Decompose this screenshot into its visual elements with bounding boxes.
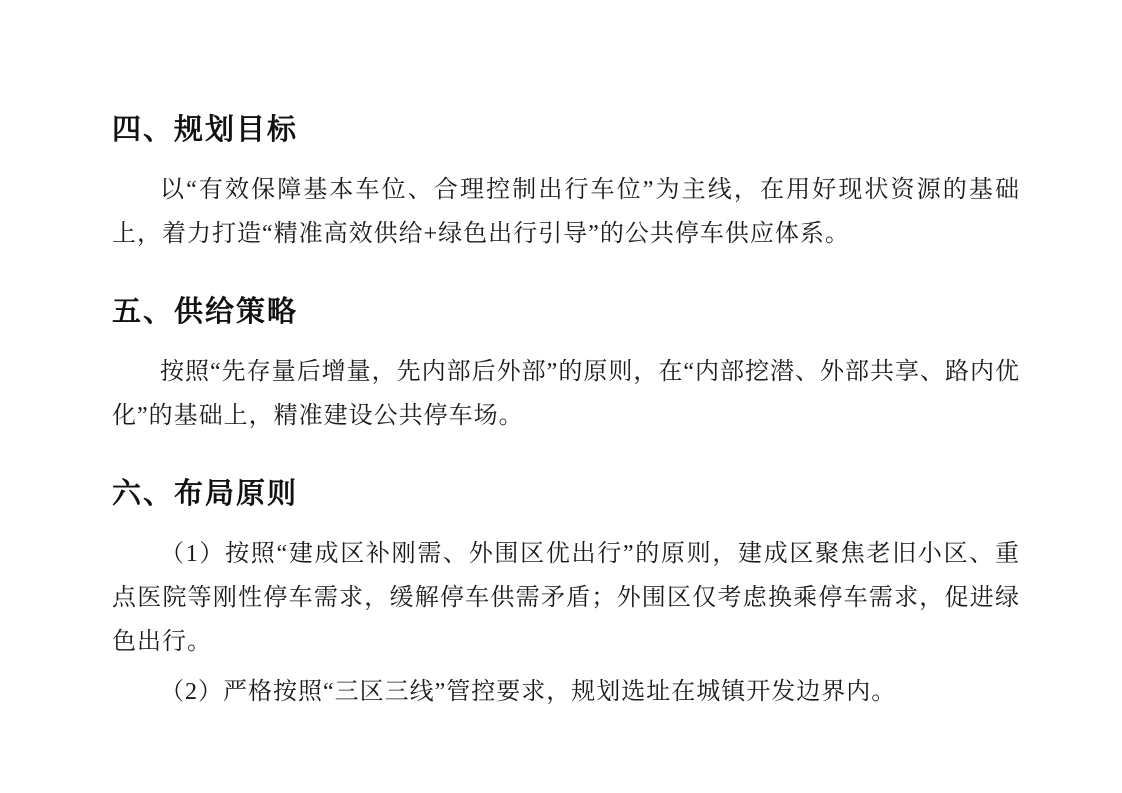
paragraph: 按照“先存量后增量，先内部后外部”的原则，在“内部挖潜、外部共享、路内优化”的基… — [112, 350, 1020, 438]
section-heading: 六、布局原则 — [112, 476, 1020, 512]
section-heading: 五、供给策略 — [112, 294, 1020, 330]
paragraph: 以“有效保障基本车位、合理控制出行车位”为主线，在用好现状资源的基础上，着力打造… — [112, 168, 1020, 256]
section-layout-principles: 六、布局原则 （1）按照“建成区补刚需、外围区优出行”的原则，建成区聚焦老旧小区… — [112, 476, 1020, 714]
section-planning-goals: 四、规划目标 以“有效保障基本车位、合理控制出行车位”为主线，在用好现状资源的基… — [112, 112, 1020, 256]
document-page: 四、规划目标 以“有效保障基本车位、合理控制出行车位”为主线，在用好现状资源的基… — [0, 0, 1122, 793]
paragraph: （2）严格按照“三区三线”管控要求，规划选址在城镇开发边界内。 — [112, 670, 1020, 714]
section-heading: 四、规划目标 — [112, 112, 1020, 148]
section-supply-strategy: 五、供给策略 按照“先存量后增量，先内部后外部”的原则，在“内部挖潜、外部共享、… — [112, 294, 1020, 438]
paragraph: （1）按照“建成区补刚需、外围区优出行”的原则，建成区聚焦老旧小区、重点医院等刚… — [112, 532, 1020, 664]
